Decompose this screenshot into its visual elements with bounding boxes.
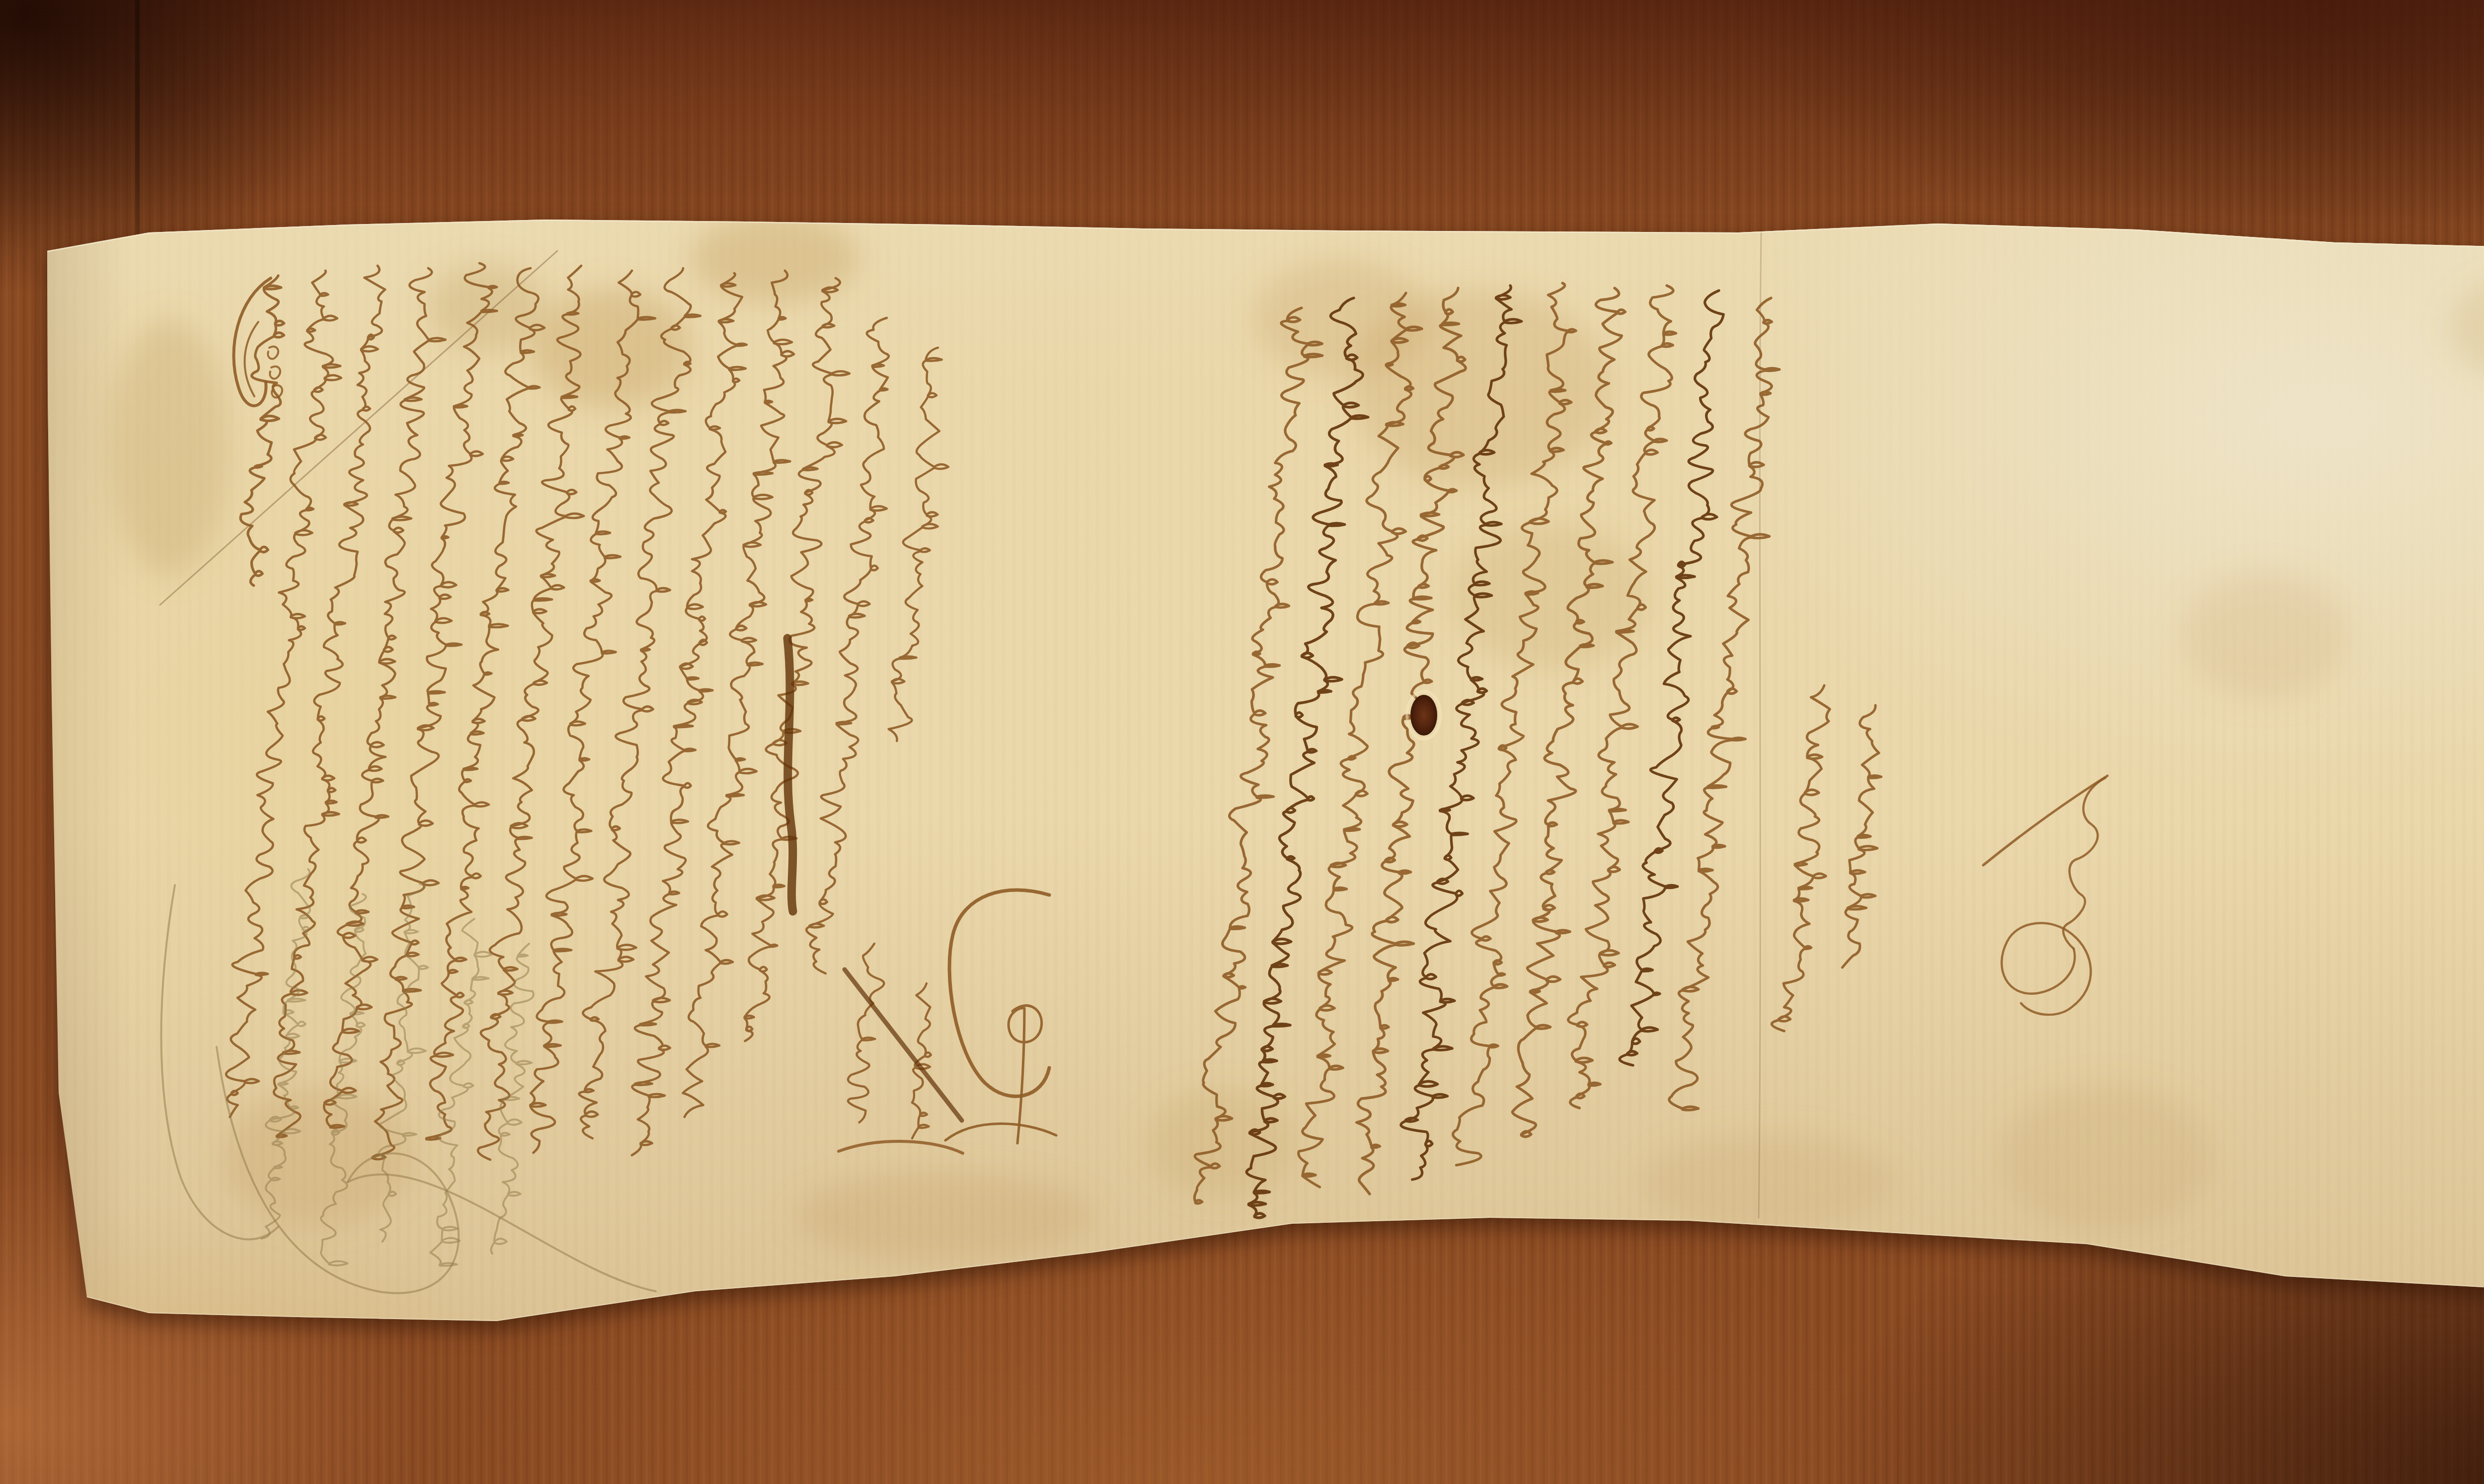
manuscript-handwriting bbox=[0, 0, 2484, 1484]
paper-shadow-wrap bbox=[0, 0, 2484, 1484]
stain bbox=[532, 288, 691, 407]
paper-hole bbox=[1407, 691, 1441, 739]
photo-canvas bbox=[0, 0, 2484, 1484]
manuscript-paper bbox=[0, 0, 2484, 1484]
stain bbox=[1997, 1083, 2216, 1232]
stain bbox=[1639, 1132, 1898, 1232]
paper-fiber-texture bbox=[0, 0, 2484, 1484]
hole-opening bbox=[1410, 695, 1437, 736]
stain bbox=[2181, 571, 2350, 700]
stain bbox=[795, 1172, 1093, 1261]
stain bbox=[109, 318, 229, 576]
